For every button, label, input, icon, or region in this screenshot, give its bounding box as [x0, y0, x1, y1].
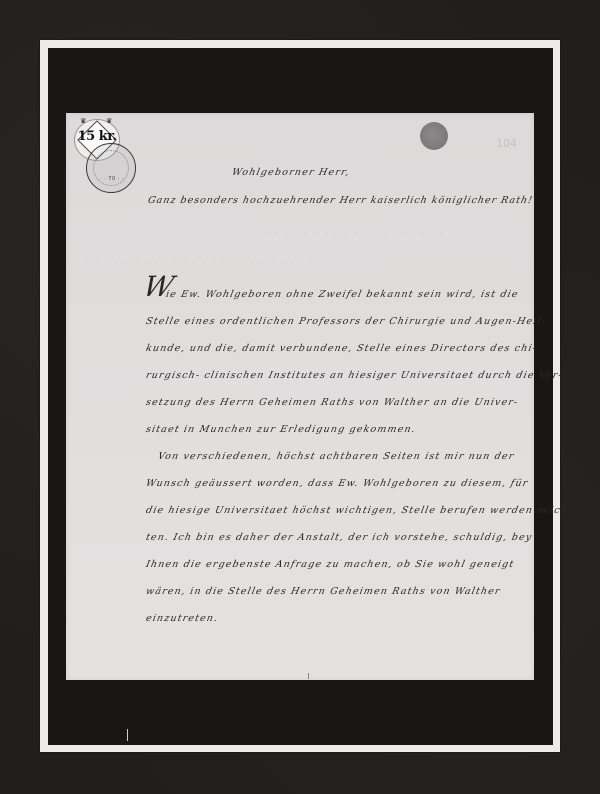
body-line: setzung des Herrn Geheimen Raths von Wal… [145, 397, 520, 408]
body-line: sitaet in Munchen zur Erledigung gekomme… [145, 424, 417, 435]
photo-dark-frame: ♛ ♛ 15 kr. · · 70 · · 104 Wohlgeborner H… [48, 48, 553, 745]
body-line: wären, in die Stelle des Herrn Geheimen … [145, 586, 502, 597]
body-line: Ihnen die ergebenste Anfrage zu machen, … [145, 559, 516, 570]
body-line: Von verschiedenen, höchst achtbaren Seit… [157, 451, 516, 462]
bleed-through-line: · · · · · · · · · · · · · · · · · · · [266, 229, 446, 239]
salutation-line-2: Ganz besonders hochzuehrender Herr kaise… [147, 195, 534, 206]
body-line: rurgisch- clinischen Institutes an hiesi… [145, 370, 564, 381]
letter-paper: ♛ ♛ 15 kr. · · 70 · · 104 Wohlgeborner H… [66, 113, 534, 680]
stamp-crown-left-icon: ♛ [80, 117, 86, 125]
stamp-value: 15 kr. [76, 129, 118, 144]
bleed-through-line: · · · · · · · · · · · · · · · · · · · · … [86, 259, 314, 269]
body-line: ie Ew. Wohlgeboren ohne Zweifel bekannt … [165, 289, 520, 300]
frame-scratch [127, 729, 128, 741]
photo-print-border: ♛ ♛ 15 kr. · · 70 · · 104 Wohlgeborner H… [40, 40, 560, 752]
body-line: einzutreten. [145, 613, 220, 624]
body-line: Stelle eines ordentlichen Professors der… [145, 316, 547, 327]
body-line: ten. Ich bin es daher der Anstalt, der i… [145, 532, 534, 543]
salutation-line-1: Wohlgeborner Herr, [231, 167, 351, 178]
stamp-crown-right-icon: ♛ [106, 117, 112, 125]
body-line: kunde, und die, damit verbundene, Stelle… [145, 343, 538, 354]
fold-mark [308, 673, 309, 679]
body-line: die hiesige Universitaet höchst wichtige… [145, 505, 574, 516]
letter-text: Wohlgeborner Herr, Ganz besonders hochzu… [66, 113, 534, 680]
body-line: Wunsch geäussert worden, dass Ew. Wohlge… [145, 478, 530, 489]
